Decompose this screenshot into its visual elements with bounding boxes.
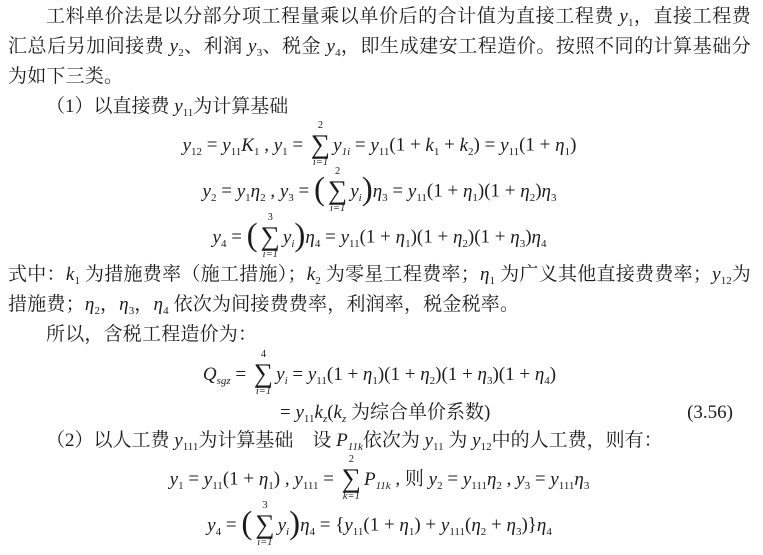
math-variable: y111	[174, 430, 198, 451]
math-variable: η4	[305, 227, 320, 248]
math-variable: η4	[154, 294, 169, 315]
math-text: )	[484, 402, 490, 423]
math-text: +	[439, 135, 459, 156]
math-variable: kz	[334, 402, 347, 423]
sum-lower-limit: i=1	[256, 386, 271, 398]
math-subscript: 11	[433, 441, 444, 453]
sum-lower-limit: k=1	[343, 491, 360, 503]
method-1-heading: （1）以直接费 y11为计算基础	[8, 92, 751, 122]
math-variable: P11k	[364, 469, 391, 490]
math-text: (1 +	[427, 181, 463, 202]
math-variable: y11	[341, 227, 360, 248]
formula-taxed-cost: Qsgz = 4∑i=1yi = y11(1 + η1)(1 + η2)(1 +…	[8, 350, 751, 400]
math-text: =	[288, 135, 308, 156]
equation-number: (3.56)	[687, 400, 733, 426]
math-text: (	[327, 402, 333, 423]
chinese-text: 为零星工程费率；	[321, 264, 480, 285]
summation-symbol: 4∑i=1	[254, 349, 273, 398]
math-variable: y2	[429, 469, 443, 490]
method-2-heading: （2）以人工费 y111为计算基础 设 P11k依次为 y11 为 y12中的人…	[8, 426, 751, 456]
math-variable: η3	[119, 294, 134, 315]
math-text: ) =	[474, 135, 501, 156]
formula-direct-fee-2: y2 = y1η2 , y3 = (2∑i=1yi)η3 = y11(1 + η…	[8, 168, 751, 214]
math-subscript: 12	[191, 146, 202, 158]
math-text: )	[525, 227, 531, 248]
math-subscript: 11	[304, 413, 315, 425]
summation-symbol: 3∑i=1	[255, 500, 274, 549]
math-variable: yi	[278, 515, 290, 536]
math-variable: yi	[350, 181, 362, 202]
math-variable: η3	[542, 181, 557, 202]
math-variable: y12	[712, 264, 732, 285]
math-text: =	[226, 227, 246, 248]
math-subscript: 111	[449, 526, 465, 538]
chinese-text: 、利润	[184, 36, 248, 57]
math-variable: y1	[274, 135, 288, 156]
math-variable: y1	[619, 6, 633, 27]
math-variable: y111	[550, 469, 574, 490]
math-subscript: 4	[541, 238, 547, 250]
big-parenthesis: (	[247, 218, 258, 254]
math-variable: y2	[170, 36, 184, 57]
math-subscript: 11	[416, 192, 427, 204]
math-variable: y1	[237, 181, 251, 202]
math-text: =	[231, 364, 251, 385]
big-parenthesis: )	[294, 218, 305, 254]
variables-definition-paragraph: 式中：k1 为措施费率（施工措施）；k2 为零星工程费率；η1 为广义其他直接费…	[8, 260, 751, 320]
math-variable: η1	[480, 264, 495, 285]
chinese-text: 依次为间接费费率，利润率，税金税率。	[169, 294, 520, 315]
math-variable: y3	[280, 181, 294, 202]
big-parenthesis: )	[289, 506, 300, 542]
math-text: )(1 +	[478, 181, 520, 202]
math-variable: y11	[500, 135, 519, 156]
chinese-text: ，	[100, 294, 119, 315]
math-subscript: 111	[471, 480, 487, 492]
sigma-glyph: ∑	[342, 466, 361, 492]
math-variable: η2	[520, 181, 535, 202]
math-text: =	[320, 227, 340, 248]
math-variable: η2	[420, 364, 435, 385]
math-subscript: 3	[584, 480, 590, 492]
math-subscript: 11k	[376, 480, 391, 492]
math-subscript: 111	[303, 480, 319, 492]
math-variable: η1	[399, 515, 414, 536]
math-subscript: 11	[379, 146, 390, 158]
math-variable: yi	[276, 364, 288, 385]
math-variable: y11	[204, 469, 223, 490]
math-variable: k2	[307, 264, 321, 285]
math-variable: y11	[370, 135, 389, 156]
math-text: =	[216, 181, 236, 202]
sum-lower-limit: i=1	[257, 537, 272, 549]
math-variable: η1	[555, 135, 570, 156]
math-variable: P11k	[336, 430, 363, 451]
sum-lower-limit: i=1	[263, 249, 278, 261]
formula-labor-fee-2: y4 = (3∑i=1yi)η4 = {y11(1 + η1) + y111(η…	[8, 502, 751, 548]
math-text: +	[486, 515, 506, 536]
chinese-text: 为计算基础 设	[198, 430, 336, 451]
math-variable: η2	[85, 294, 100, 315]
math-text: =	[443, 469, 463, 490]
math-text: ) +	[414, 515, 441, 536]
math-text: ,	[259, 135, 273, 156]
math-subscript: 12	[721, 275, 732, 287]
math-variable: η1	[363, 364, 378, 385]
math-text: (1 +	[389, 135, 425, 156]
math-text: =	[530, 469, 550, 490]
math-variable: y3	[516, 469, 530, 490]
formula-direct-fee-3: y4 = (3∑i=1yi)η4 = y11(1 + η1)(1 + η2)(1…	[8, 214, 751, 260]
math-variable: η4	[537, 515, 552, 536]
math-text: =	[221, 515, 241, 536]
chinese-text: 式中：	[8, 264, 66, 285]
math-variable: η4	[535, 364, 550, 385]
big-parenthesis: (	[314, 172, 325, 208]
math-subscript: 11	[353, 526, 364, 538]
math-text: )(1 +	[435, 364, 477, 385]
big-parenthesis: (	[241, 506, 252, 542]
summation-symbol: 2∑i=1	[328, 166, 347, 215]
math-text: (1 +	[223, 469, 259, 490]
chinese-text: 为综合单价系数	[346, 402, 484, 423]
math-variable: k1	[66, 264, 80, 285]
sigma-glyph: ∑	[261, 224, 280, 250]
chinese-text: 则	[405, 469, 429, 490]
math-subscript: 1	[245, 192, 251, 204]
math-subscript: 1i	[342, 146, 351, 158]
math-variable: η1	[396, 227, 411, 248]
chinese-text: 工料单价法是以分部分项工程量乘以单价后的合计值为直接工程费	[46, 6, 619, 27]
math-text: (1 +	[519, 135, 555, 156]
math-text: )(1 +	[492, 364, 534, 385]
sigma-glyph: ∑	[328, 178, 347, 204]
chinese-text: 为广义其他直接费费率；	[495, 264, 712, 285]
summation-symbol: 2∑k=1	[342, 454, 361, 503]
math-variable: y12	[183, 135, 202, 156]
math-text: )	[550, 364, 556, 385]
taxed-cost-intro: 所以，含税工程造价为：	[8, 320, 751, 350]
chinese-text: 为措施费率（施工措施）；	[80, 264, 307, 285]
chinese-text: 依次为	[363, 430, 425, 451]
math-text: =	[202, 135, 222, 156]
math-variable: y2	[203, 181, 217, 202]
math-variable: η1	[259, 469, 274, 490]
math-subscript: 12	[481, 441, 492, 453]
math-variable: y1	[170, 469, 184, 490]
chinese-text: 为	[444, 430, 473, 451]
math-text: =	[350, 135, 370, 156]
chinese-text: 中的人工费，则有：	[492, 430, 663, 451]
math-variable: η4	[532, 227, 547, 248]
math-variable: y12	[472, 430, 491, 451]
math-variable: y111	[294, 469, 318, 490]
math-text: ,	[266, 181, 280, 202]
math-text: (1 +	[327, 364, 363, 385]
math-variable: y4	[326, 36, 340, 57]
math-text: (1 +	[363, 515, 399, 536]
math-subscript: 11	[349, 238, 360, 250]
math-variable: η2	[251, 181, 266, 202]
summation-symbol: 2∑i=1	[311, 120, 330, 169]
math-variable: y11	[344, 515, 363, 536]
math-text: ) ,	[274, 469, 295, 490]
math-subscript: 11	[212, 480, 223, 492]
chinese-text: 、税金	[262, 36, 326, 57]
math-subscript: 111	[559, 480, 575, 492]
math-variable: η3	[510, 227, 525, 248]
math-variable: y11	[174, 96, 193, 117]
math-variable: η2	[453, 227, 468, 248]
math-subscript: 11	[316, 375, 327, 387]
intro-paragraph: 工料单价法是以分部分项工程量乘以单价后的合计值为直接工程费 y1，直接工程费汇总…	[8, 2, 751, 92]
formula-labor-fee-1: y1 = y11(1 + η1) , y111 = 2∑k=1P11k , 则 …	[8, 456, 751, 502]
math-variable: η3	[373, 181, 388, 202]
math-variable: y11	[295, 402, 314, 423]
math-text: = {	[315, 515, 344, 536]
math-text: )	[535, 181, 541, 202]
math-text: =	[280, 402, 295, 423]
math-variable: k2	[460, 135, 474, 156]
math-text: ,	[502, 469, 516, 490]
math-subscript: 4	[546, 526, 552, 538]
sigma-glyph: ∑	[255, 512, 274, 538]
summation-symbol: 3∑i=1	[261, 212, 280, 261]
math-variable: η2	[471, 515, 486, 536]
math-text: =	[388, 181, 408, 202]
math-text: )(1 +	[468, 227, 510, 248]
math-variable: y4	[207, 515, 221, 536]
big-parenthesis: )	[362, 172, 373, 208]
math-subscript: 3	[551, 192, 557, 204]
math-variable: Qsgz	[203, 364, 231, 385]
chinese-text: （2）以人工费	[46, 430, 174, 451]
math-subscript: sgz	[217, 375, 231, 387]
math-variable: y1i	[333, 135, 350, 156]
math-variable: η3	[574, 469, 589, 490]
math-text: (1 +	[360, 227, 396, 248]
math-variable: y11	[425, 430, 444, 451]
math-variable: η1	[463, 181, 478, 202]
math-text: )(1 +	[378, 364, 420, 385]
math-variable: y11	[408, 181, 427, 202]
math-variable: η3	[478, 364, 493, 385]
formula-direct-fee-1: y12 = y11K1 , y1 = 2∑i=1y1i = y11(1 + k1…	[8, 122, 751, 168]
sigma-glyph: ∑	[311, 132, 330, 158]
math-text: =	[184, 469, 204, 490]
math-text: =	[288, 364, 308, 385]
math-variable: kz	[315, 402, 328, 423]
math-text: ,	[391, 469, 405, 490]
math-variable: η4	[300, 515, 315, 536]
math-variable: y111	[463, 469, 487, 490]
chinese-text: （1）以直接费	[46, 96, 174, 117]
math-text: =	[319, 469, 339, 490]
math-variable: y11	[308, 364, 327, 385]
math-variable: k1	[425, 135, 439, 156]
math-text: )}	[521, 515, 536, 536]
chinese-text: ，	[134, 294, 153, 315]
sigma-glyph: ∑	[254, 361, 273, 387]
formula-composite-coefficient-body: = y11kz(kz 为综合单价系数)	[280, 402, 490, 423]
chinese-text: 所以，含税工程造价为：	[46, 324, 257, 345]
math-subscript: 11	[509, 146, 520, 158]
chinese-text: 为计算基础	[193, 96, 288, 117]
sum-lower-limit: i=1	[330, 203, 345, 215]
math-variable: K1	[241, 135, 259, 156]
math-variable: y11	[222, 135, 241, 156]
formula-composite-coefficient: = y11kz(kz 为综合单价系数) (3.56)	[8, 400, 751, 426]
math-variable: η2	[487, 469, 502, 490]
math-variable: y4	[213, 227, 227, 248]
math-subscript: 11k	[348, 441, 363, 453]
sum-lower-limit: i=1	[313, 157, 328, 169]
math-variable: yi	[283, 227, 295, 248]
math-variable: y3	[248, 36, 262, 57]
math-subscript: 111	[183, 441, 199, 453]
document-page: 工料单价法是以分部分项工程量乘以单价后的合计值为直接工程费 y1，直接工程费汇总…	[0, 0, 763, 555]
math-text: )	[570, 135, 576, 156]
math-subscript: 11	[183, 107, 194, 119]
math-subscript: 11	[231, 146, 242, 158]
math-variable: η3	[507, 515, 522, 536]
math-text: )(1 +	[411, 227, 453, 248]
math-variable: y111	[441, 515, 465, 536]
math-text: =	[294, 181, 314, 202]
